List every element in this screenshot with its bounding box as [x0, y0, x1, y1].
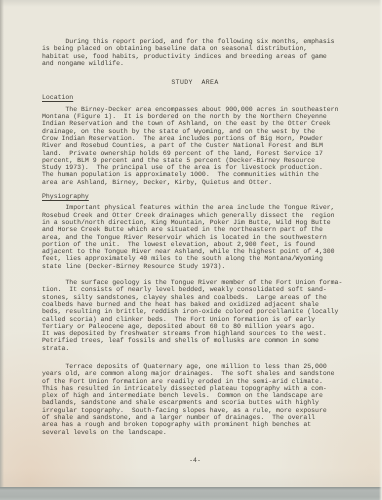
page-number: -4-: [42, 457, 348, 464]
intro-paragraph: During this report period, and for the f…: [42, 38, 348, 67]
page-text-column: During this report period, and for the f…: [42, 0, 348, 464]
physiography-paragraph-2: The surface geology is the Tongue River …: [42, 279, 348, 352]
study-area-heading: STUDY AREA: [42, 79, 348, 86]
section-heading-location: Location: [42, 94, 348, 101]
physiography-paragraph-3: Terrace deposits of Quaternary age, one …: [42, 363, 348, 436]
scanned-document-page: During this report period, and for the f…: [0, 0, 382, 500]
physiography-paragraph-1: Important physical features within the a…: [42, 204, 348, 270]
location-paragraph: The Birney-Decker area encompasses about…: [42, 106, 348, 186]
scan-bottom-edge: [0, 487, 382, 500]
section-heading-physiography: Physiography: [42, 193, 348, 200]
